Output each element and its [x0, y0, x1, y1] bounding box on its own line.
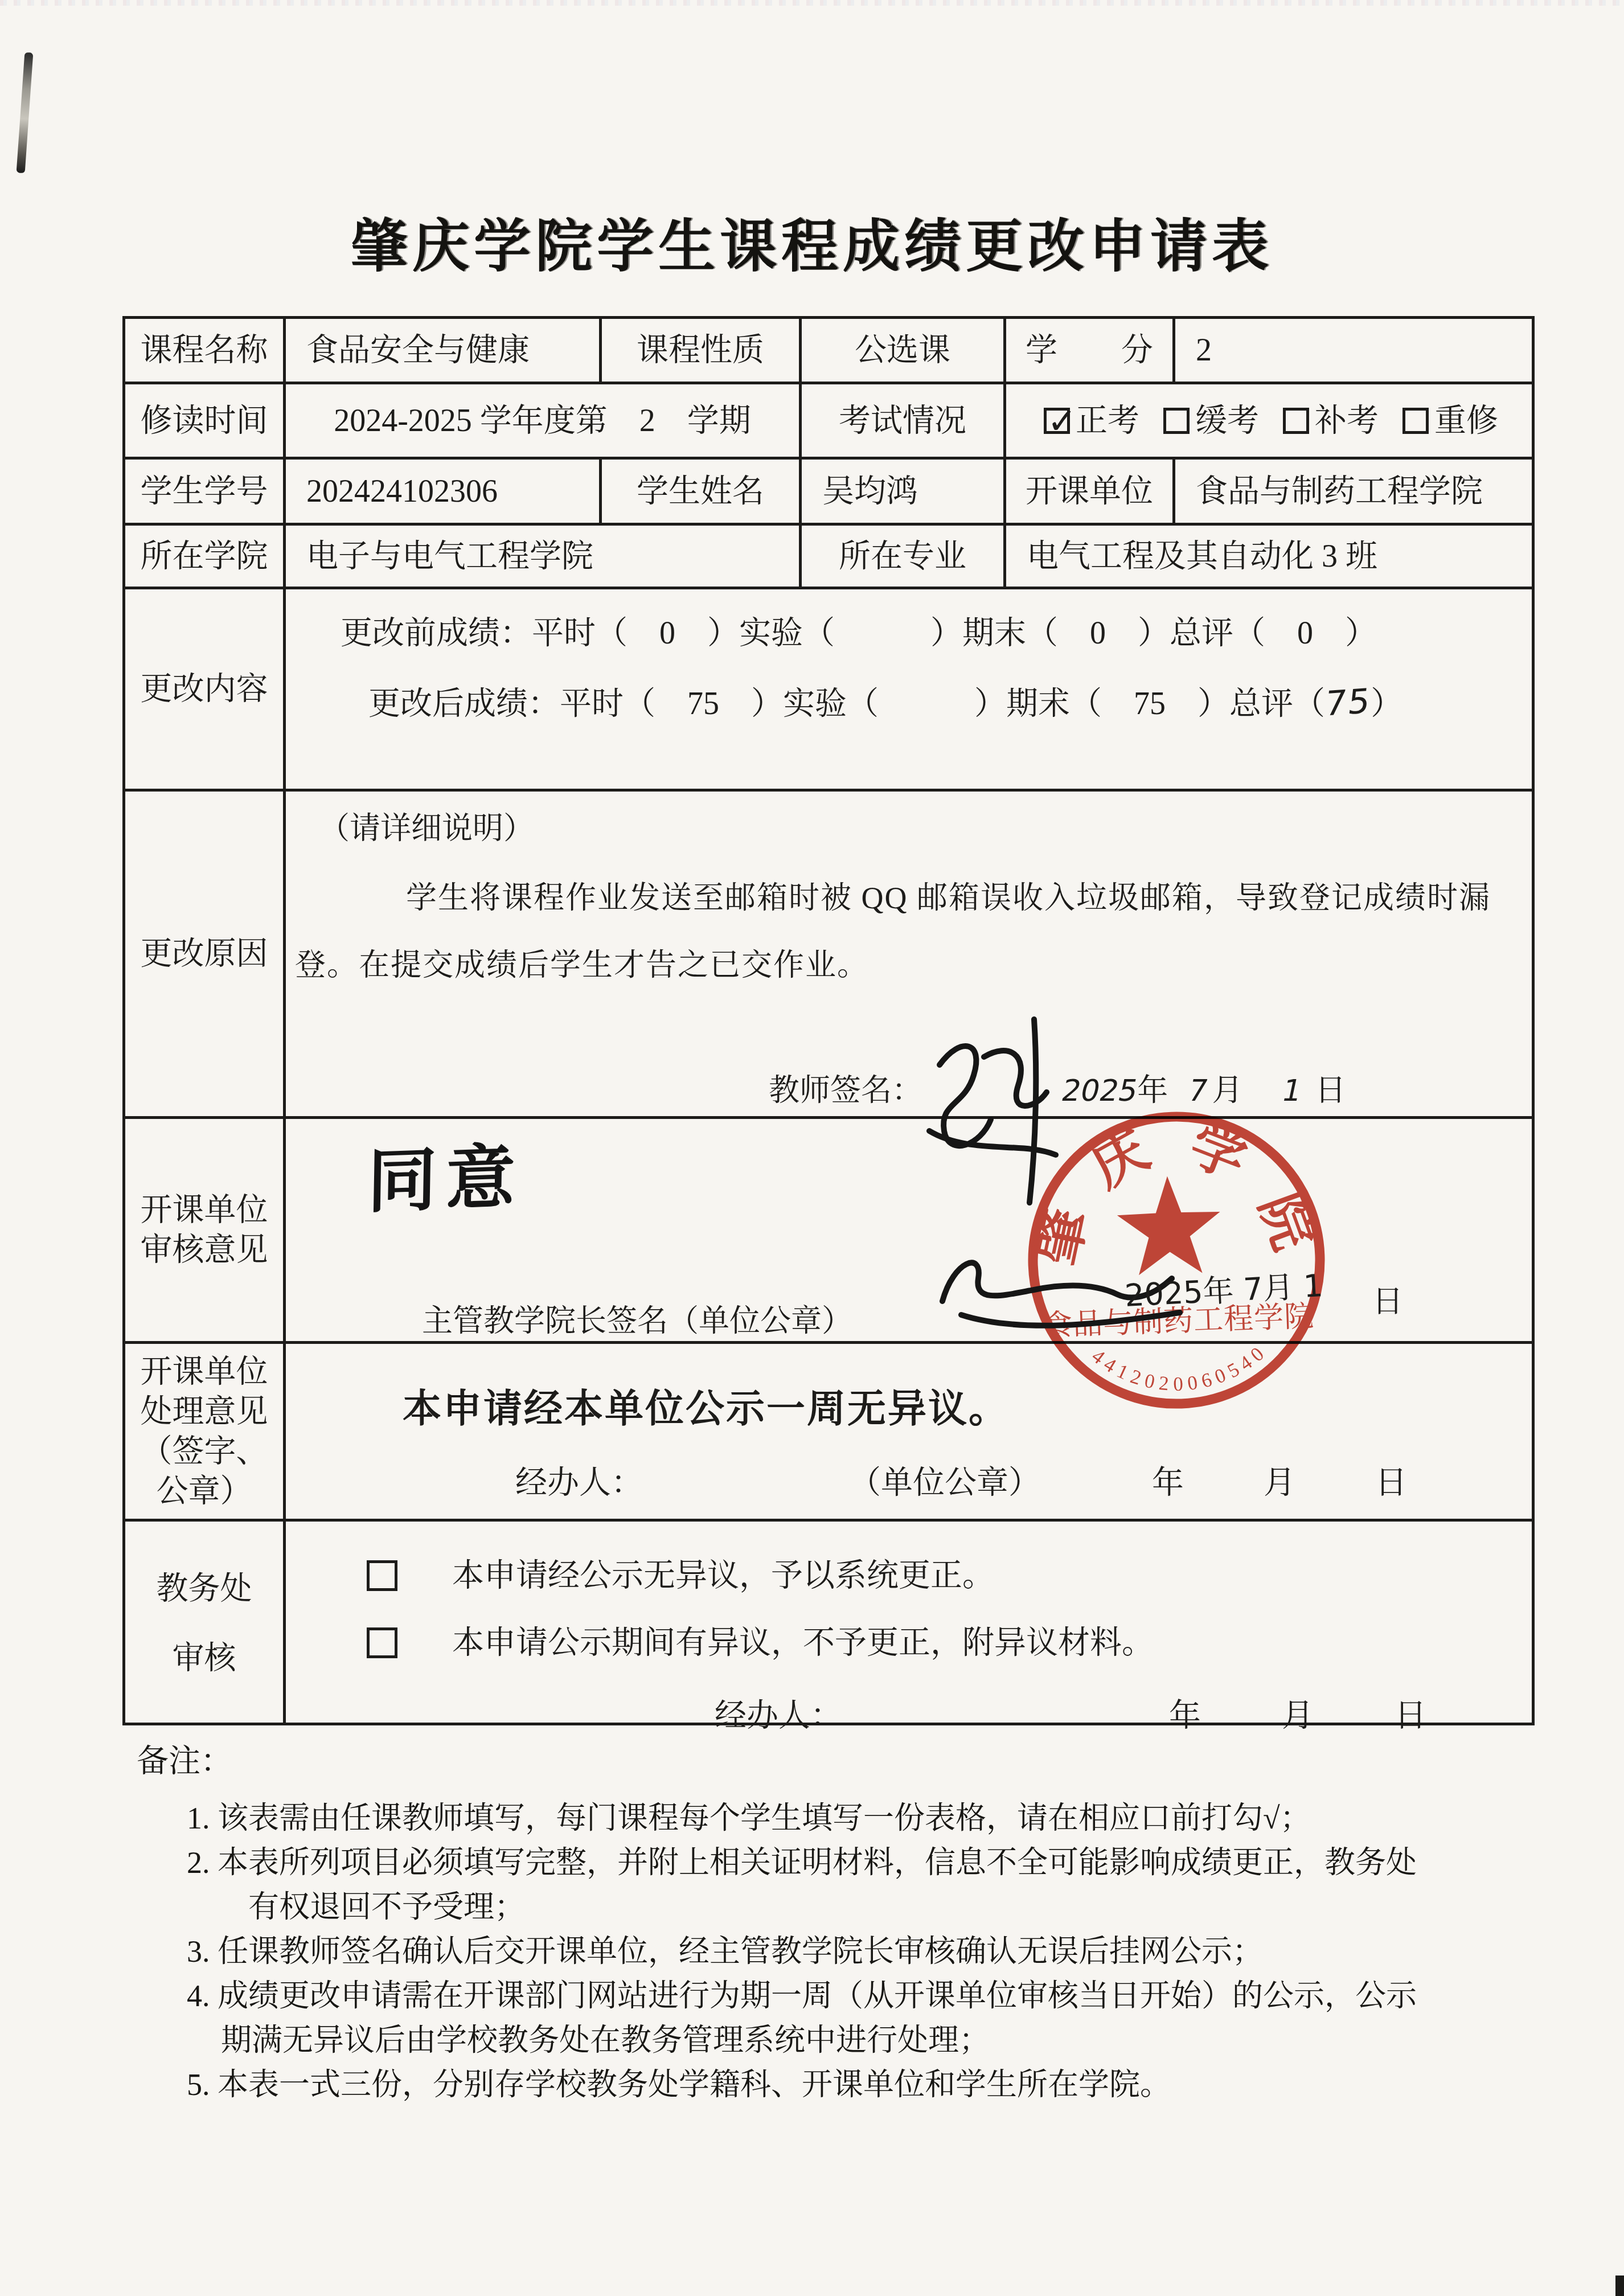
- exam-option-label: 补考: [1315, 401, 1379, 441]
- seal-arc-char-3: 学: [1182, 1114, 1254, 1190]
- scores-after-prefix: 更改后成绩：平时（ 75 ）实验（ ）期末（ 75 ）总评（: [368, 686, 1325, 721]
- reason-line-2: 登。在提交成绩后学生才告之已交作业。: [295, 932, 1531, 999]
- exam-option-deferred: 缓考: [1163, 401, 1259, 441]
- application-table: 课程名称 食品安全与健康 课程性质 公选课 学 分 2 修读时间 2024-20…: [122, 316, 1535, 1725]
- checkbox-regular-exam-checked: ✓: [1044, 408, 1070, 434]
- course-type-label: 课程性质: [602, 319, 802, 384]
- checkbox-deferred-exam: [1163, 408, 1190, 434]
- aao-label-line-2: 审核: [173, 1638, 236, 1678]
- change-content-cell: 更改前成绩：平时（ 0 ）实验（ ）期末（ 0 ）总评（ 0 ） 更改后成绩：平…: [286, 589, 1535, 792]
- note-item-4b: 期满无异议后由学校教务处在教务管理系统中进行处理；: [137, 2018, 1417, 2063]
- year-char: 年: [1152, 1465, 1184, 1500]
- stray-pen-mark: 、: [1056, 669, 1078, 698]
- exam-option-regular: ✓ 正考: [1044, 401, 1139, 441]
- seal-arc-char-4: 院: [1248, 1186, 1324, 1258]
- month-char: 月: [1282, 1698, 1314, 1733]
- note-item-1: 1. 该表需由任课教师填写，每门课程每个学生填写一份表格，请在相应口前打勾√；: [137, 1796, 1417, 1840]
- month-char: 月: [1212, 1072, 1242, 1110]
- course-name-value: 食品安全与健康: [286, 319, 602, 384]
- staple-scan-artifact: [17, 52, 34, 174]
- note-item-3: 3. 任课教师签名确认后交开课单位，经主管教学院长审核确认无误后挂网公示；: [137, 1929, 1417, 1974]
- exam-option-label: 缓考: [1195, 401, 1259, 441]
- review-day-char: 日: [1372, 1283, 1403, 1322]
- exam-option-label: 正考: [1076, 401, 1139, 441]
- checkbox-makeup-exam: [1283, 408, 1309, 434]
- review-opinion-label: 开课单位 审核意见: [125, 1119, 286, 1344]
- aao-review-cell: 本申请经公示无异议，予以系统更正。 本申请公示期间有异议，不予更正，附异议材料。…: [286, 1522, 1535, 1725]
- day-char: 日: [1375, 1465, 1407, 1500]
- handle-label-line-2: 处理意见: [141, 1392, 268, 1432]
- study-time-label: 修读时间: [125, 384, 286, 460]
- course-name-label: 课程名称: [125, 319, 286, 384]
- notes-header: 备注：: [137, 1736, 1417, 1781]
- review-label-line-2: 审核意见: [141, 1230, 268, 1270]
- checkbox-retake-course: [1402, 408, 1429, 434]
- scores-after-line: 更改后成绩：平时（ 75 ）实验（ ）期末（ 75 ）总评（75）: [368, 682, 1535, 724]
- credit-value: 2: [1175, 319, 1535, 384]
- student-id-value: 202424102306: [286, 460, 602, 526]
- note-item-4: 4. 成绩更改申请需在开课部门网站进行为期一周（从开课单位审核当日开始）的公示，…: [137, 1974, 1417, 2018]
- exam-status-options: ✓ 正考 缓考 补考 重修: [1006, 384, 1535, 460]
- review-label-line-1: 开课单位: [141, 1190, 268, 1230]
- college-value: 电子与电气工程学院: [286, 526, 802, 589]
- major-label: 所在专业: [802, 526, 1006, 589]
- major-value: 电气工程及其自动化 3 班: [1006, 526, 1535, 589]
- handle-label-line-1: 开课单位: [141, 1352, 268, 1392]
- checkbox-objection: [367, 1627, 397, 1658]
- day-char: 日: [1395, 1698, 1426, 1733]
- scanned-form-page: 肇庆学院学生课程成绩更改申请表 课程名称 食品安全与健康 课程性质 公选课 学 …: [0, 0, 1624, 2296]
- handle-label-line-3: （签字、: [141, 1432, 268, 1471]
- year-char: 年: [1137, 1072, 1168, 1110]
- unit-seal-label: （单位公章）: [849, 1465, 1040, 1500]
- college-label: 所在学院: [125, 526, 286, 589]
- exam-option-label: 重修: [1434, 401, 1498, 441]
- aao-option-1: 本申请经公示无异议，予以系统更正。: [367, 1556, 1535, 1596]
- notes-section: 备注： 1. 该表需由任课教师填写，每门课程每个学生填写一份表格，请在相应口前打…: [137, 1736, 1417, 2107]
- student-id-label: 学生学号: [125, 460, 286, 526]
- handling-opinion-cell: 本申请经本单位公示一周无异议。 经办人： （单位公章） 年 月 日: [286, 1344, 1535, 1522]
- note-item-5: 5. 本表一式三份，分别存学校教务处学籍科、开课单位和学生所在学院。: [137, 2063, 1417, 2107]
- handwritten-total-score: 75: [1323, 680, 1373, 725]
- month-char: 月: [1264, 1465, 1295, 1500]
- dean-signature-label: 主管教学院长签名（单位公章）: [422, 1302, 852, 1341]
- aao-option-2: 本申请公示期间有异议，不予更正，附异议材料。: [367, 1623, 1535, 1663]
- exam-status-label: 考试情况: [802, 384, 1006, 460]
- scan-edge-artifact: [1615, 2275, 1624, 2296]
- handle-label-line-4: 公章）: [157, 1471, 252, 1511]
- teacher-signature-scribble: [917, 1002, 1065, 1207]
- handwritten-day: 1: [1279, 1073, 1306, 1110]
- aao-option-1-text: 本申请经公示无异议，予以系统更正。: [452, 1556, 994, 1596]
- offering-unit-value: 食品与制药工程学院: [1175, 460, 1535, 526]
- change-reason-label: 更改原因: [125, 792, 286, 1119]
- exam-option-retake: 重修: [1402, 401, 1498, 441]
- teacher-sign-label: 教师签名：: [769, 1072, 922, 1110]
- reason-paragraph: 学生将课程作业发送至邮箱时被 QQ 邮箱误收入垃圾邮箱，导致登记成绩时漏 登。在…: [295, 864, 1531, 999]
- scores-after-suffix: ）: [1371, 686, 1402, 721]
- course-type-value: 公选课: [802, 319, 1006, 384]
- handling-agent-line: 经办人： （单位公章） 年 月 日: [515, 1463, 1535, 1503]
- note-item-2b: 有权退回不予受理；: [137, 1885, 1417, 1929]
- scores-before-line: 更改前成绩：平时（ 0 ）实验（ ）期末（ 0 ）总评（ 0 ）: [341, 613, 1535, 653]
- seal-arc-char-2: 庆: [1081, 1119, 1159, 1199]
- exam-option-makeup: 补考: [1283, 401, 1379, 441]
- reason-line-1: 学生将课程作业发送至邮箱时被 QQ 邮箱误收入垃圾邮箱，导致登记成绩时漏: [295, 864, 1531, 932]
- note-item-2: 2. 本表所列项目必须填写完整，并附上相关证明材料，信息不全可能影响成绩更正，教…: [137, 1840, 1417, 1885]
- year-char: 年: [1169, 1698, 1201, 1733]
- publicity-notice: 本申请经本单位公示一周无异议。: [403, 1385, 1535, 1433]
- credit-label: 学 分: [1006, 319, 1175, 384]
- handling-opinion-label: 开课单位 处理意见 （签字、 公章）: [125, 1344, 286, 1522]
- review-opinion-cell: 同意 主管教学院长签名（单位公章） 2025年 7月 1 日: [286, 1119, 1535, 1344]
- change-content-label: 更改内容: [125, 589, 286, 792]
- aao-review-label: 教务处 审核: [125, 1522, 286, 1725]
- study-time-value: 2024-2025 学年度第 2 学期: [286, 384, 802, 460]
- checkbox-no-objection: [367, 1560, 397, 1591]
- change-reason-cell: （请详细说明） 学生将课程作业发送至邮箱时被 QQ 邮箱误收入垃圾邮箱，导致登记…: [286, 792, 1535, 1119]
- agent-label: 经办人：: [515, 1465, 643, 1500]
- handwritten-year: 2025: [1058, 1073, 1141, 1110]
- student-name-value: 吴均鸿: [802, 460, 1006, 526]
- student-name-label: 学生姓名: [602, 460, 802, 526]
- handwritten-approval: 同意: [367, 1134, 525, 1227]
- check-mark-icon: ✓: [1047, 399, 1077, 444]
- agent-label: 经办人：: [715, 1698, 842, 1733]
- aao-agent-line: 经办人： 年 月 日: [715, 1696, 1535, 1736]
- handwritten-month: 7: [1184, 1073, 1211, 1110]
- aao-option-2-text: 本申请公示期间有异议，不予更正，附异议材料。: [452, 1623, 1154, 1663]
- reason-hint: （请详细说明）: [319, 810, 534, 848]
- offering-unit-label: 开课单位: [1006, 460, 1175, 526]
- form-title: 肇庆学院学生课程成绩更改申请表: [0, 200, 1624, 282]
- aao-label-line-1: 教务处: [157, 1569, 252, 1609]
- day-char: 日: [1315, 1072, 1346, 1110]
